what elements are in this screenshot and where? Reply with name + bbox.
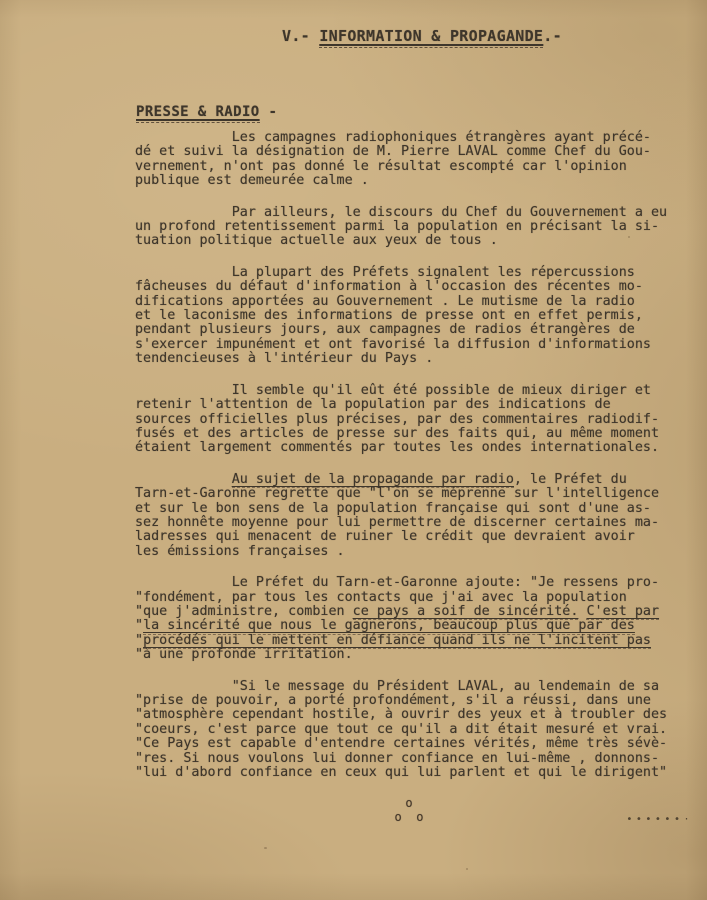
- title-suffix: .-: [543, 27, 562, 45]
- paragraph: Le Préfet du Tarn-et-Garonne ajoute: "Je…: [135, 576, 683, 662]
- text-line: tendencieuses à l'intérieur du Pays .: [135, 352, 683, 366]
- paragraph: Il semble qu'il eût été possible de mieu…: [135, 384, 683, 456]
- section-heading-presse-radio: PRESSE & RADIO -: [136, 104, 277, 120]
- page-edge-dots: ••••••·: [626, 814, 693, 825]
- text-line: "lui d'abord confiance en ceux qui lui p…: [135, 766, 683, 780]
- paper-speck: [436, 229, 439, 231]
- paper-speck: [628, 236, 630, 238]
- page-title: V.- INFORMATION & PROPAGANDE.-: [282, 27, 562, 45]
- document-body: Les campagnes radiophoniques étrangères …: [135, 131, 683, 797]
- text-line: tuation politique actuelle aux yeux de t…: [135, 234, 683, 248]
- text-line: publique est demeurée calme .: [135, 174, 683, 188]
- text-line: "res. Si nous voulons lui donner confian…: [135, 752, 683, 766]
- paragraph: "Si le message du Président LAVAL, au le…: [135, 680, 683, 781]
- text-line: "atmosphère cependant hostile, à ouvrir …: [135, 708, 683, 722]
- text-line: les émissions françaises .: [135, 545, 683, 559]
- footer-separator: o o o: [135, 796, 683, 824]
- title-prefix: V.-: [282, 27, 319, 45]
- paragraph: Les campagnes radiophoniques étrangères …: [135, 131, 683, 189]
- text-line: difications apportées au Gouvernement . …: [135, 295, 683, 309]
- section-heading-suffix: -: [260, 104, 278, 120]
- paper-speck: [466, 868, 468, 870]
- text-line: "fondément, par tous les contacts que j'…: [135, 591, 683, 605]
- paragraph: La plupart des Préfets signalent les rép…: [135, 266, 683, 367]
- text-line: Au sujet de la propagande par radio, le …: [135, 473, 683, 487]
- text-line: étaient largement commentés par toutes l…: [135, 441, 683, 455]
- text-line: sources officielles plus précises, par d…: [135, 413, 683, 427]
- paragraph: Au sujet de la propagande par radio, le …: [135, 473, 683, 559]
- text-line: retenir l'attention de la population par…: [135, 398, 683, 412]
- text-line: dé et suivi la désignation de M. Pierre …: [135, 145, 683, 159]
- separator-circle-top: o: [135, 796, 683, 810]
- text-line: Il semble qu'il eût été possible de mieu…: [135, 384, 683, 398]
- text-line: ladresses qui menacent de ruiner le créd…: [135, 530, 683, 544]
- text-line: "Ce Pays est capable d'entendre certaine…: [135, 737, 683, 751]
- title-underlined-text: INFORMATION & PROPAGANDE: [319, 27, 543, 48]
- text-line: fâcheuses du défaut d'information à l'oc…: [135, 280, 683, 294]
- text-line: Par ailleurs, le discours du Chef du Gou…: [135, 206, 683, 220]
- text-line: et sur le bon sens de la population fran…: [135, 502, 683, 516]
- text-line: Le Préfet du Tarn-et-Garonne ajoute: "Je…: [135, 576, 683, 590]
- text-line: Tarn-et-Garonne regrette que "l'on se mé…: [135, 487, 683, 501]
- text-line: "la sincérité que nous le gagnerons, bea…: [135, 619, 683, 633]
- text-line: "Si le message du Président LAVAL, au le…: [135, 680, 683, 694]
- text-line: pendant plusieurs jours, aux campagnes d…: [135, 323, 683, 337]
- text-line: "à une profonde irritation.: [135, 648, 683, 662]
- scanned-document-page: V.- INFORMATION & PROPAGANDE.- PRESSE & …: [0, 0, 707, 900]
- paper-speck: [264, 847, 267, 849]
- paragraph: Par ailleurs, le discours du Chef du Gou…: [135, 206, 683, 249]
- separator-circles-bottom: o o: [135, 810, 683, 824]
- section-heading-underlined: PRESSE & RADIO: [136, 104, 260, 123]
